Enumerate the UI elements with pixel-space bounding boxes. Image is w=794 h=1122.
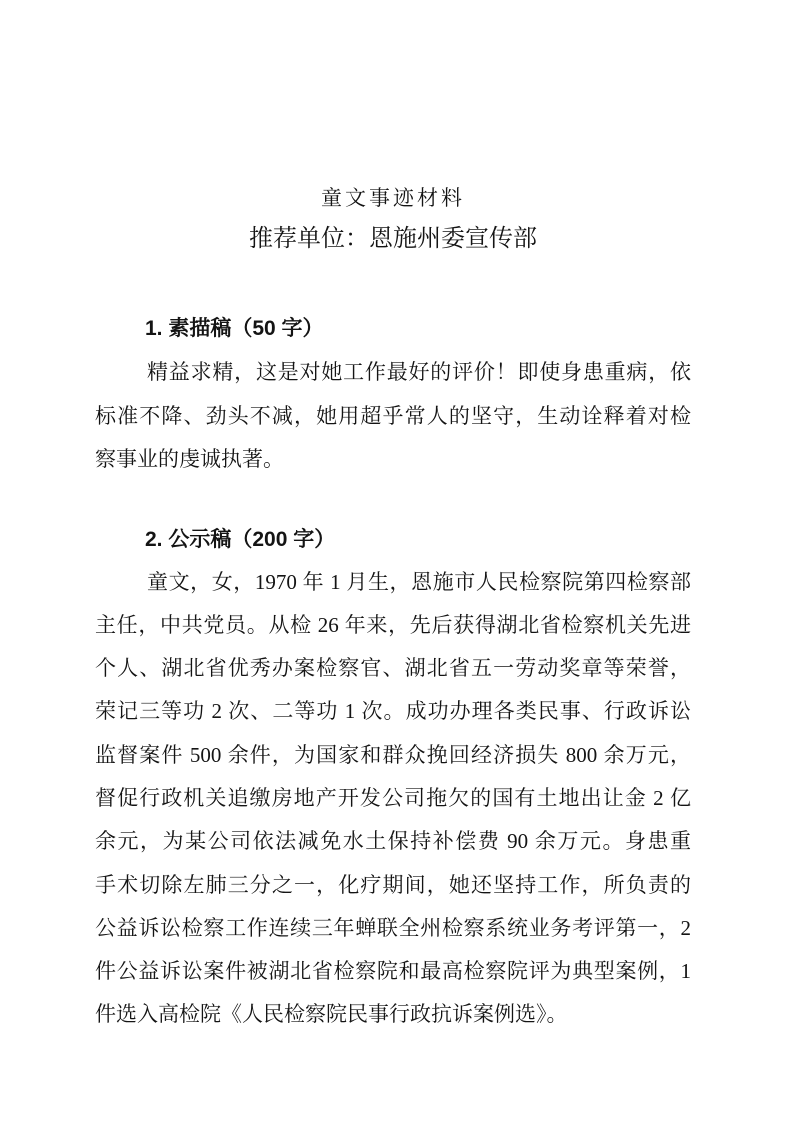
section-paragraph-2: 童文，女，1970 年 1 月生，恩施市人民检察院第四检察部 主任，中共党员。从… [95, 561, 691, 1037]
paragraph-line: 标准不降、劲头不减，她用超乎常人的坚守，生动诠释着对检 [95, 395, 691, 439]
doc-body: 1. 素描稿（50 字） 精益求精，这是对她工作最好的评价！即使身患重病，依然 … [95, 316, 691, 1037]
paragraph-line: 督促行政机关追缴房地产开发公司拖欠的国有土地出让金 2 亿 [95, 777, 691, 820]
section-heading-2: 2. 公示稿（200 字） [95, 527, 691, 553]
section-paragraph-1: 精益求精，这是对她工作最好的评价！即使身患重病，依然 标准不降、劲头不减，她用超… [95, 351, 691, 482]
paragraph-line: 公益诉讼检察工作连续三年蝉联全州检察系统业务考评第一，2 [95, 907, 691, 950]
paragraph-line: 精益求精，这是对她工作最好的评价！即使身患重病，依然 [95, 351, 691, 395]
paragraph-line: 个人、湖北省优秀办案检察官、湖北省五一劳动奖章等荣誉， [95, 647, 691, 690]
section-heading-1: 1. 素描稿（50 字） [95, 316, 691, 342]
paragraph-line: 主任，中共党员。从检 26 年来，先后获得湖北省检察机关先进 [95, 604, 691, 647]
document-page: 童文事迹材料 推荐单位：恩施州委宣传部 1. 素描稿（50 字） 精益求精，这是… [0, 0, 794, 1122]
paragraph-line: 童文，女，1970 年 1 月生，恩施市人民检察院第四检察部 [95, 561, 691, 604]
paragraph-line: 余元，为某公司依法减免水土保持补偿费 90 余万元。身患重病， [95, 820, 691, 863]
paragraph-line: 监督案件 500 余件，为国家和群众挽回经济损失 800 余万元， [95, 734, 691, 777]
paragraph-line: 察事业的虔诚执著。 [95, 438, 691, 482]
doc-subtitle: 推荐单位：恩施州委宣传部 [95, 224, 691, 254]
paragraph-line: 件公益诉讼案件被湖北省检察院和最高检察院评为典型案例，1 [95, 950, 691, 993]
paragraph-line: 件选入高检院《人民检察院民事行政抗诉案例选》。 [95, 993, 691, 1036]
paragraph-line: 荣记三等功 2 次、二等功 1 次。成功办理各类民事、行政诉讼 [95, 690, 691, 733]
doc-title: 童文事迹材料 [95, 185, 691, 211]
paragraph-line: 手术切除左肺三分之一，化疗期间，她还坚持工作，所负责的 [95, 864, 691, 907]
